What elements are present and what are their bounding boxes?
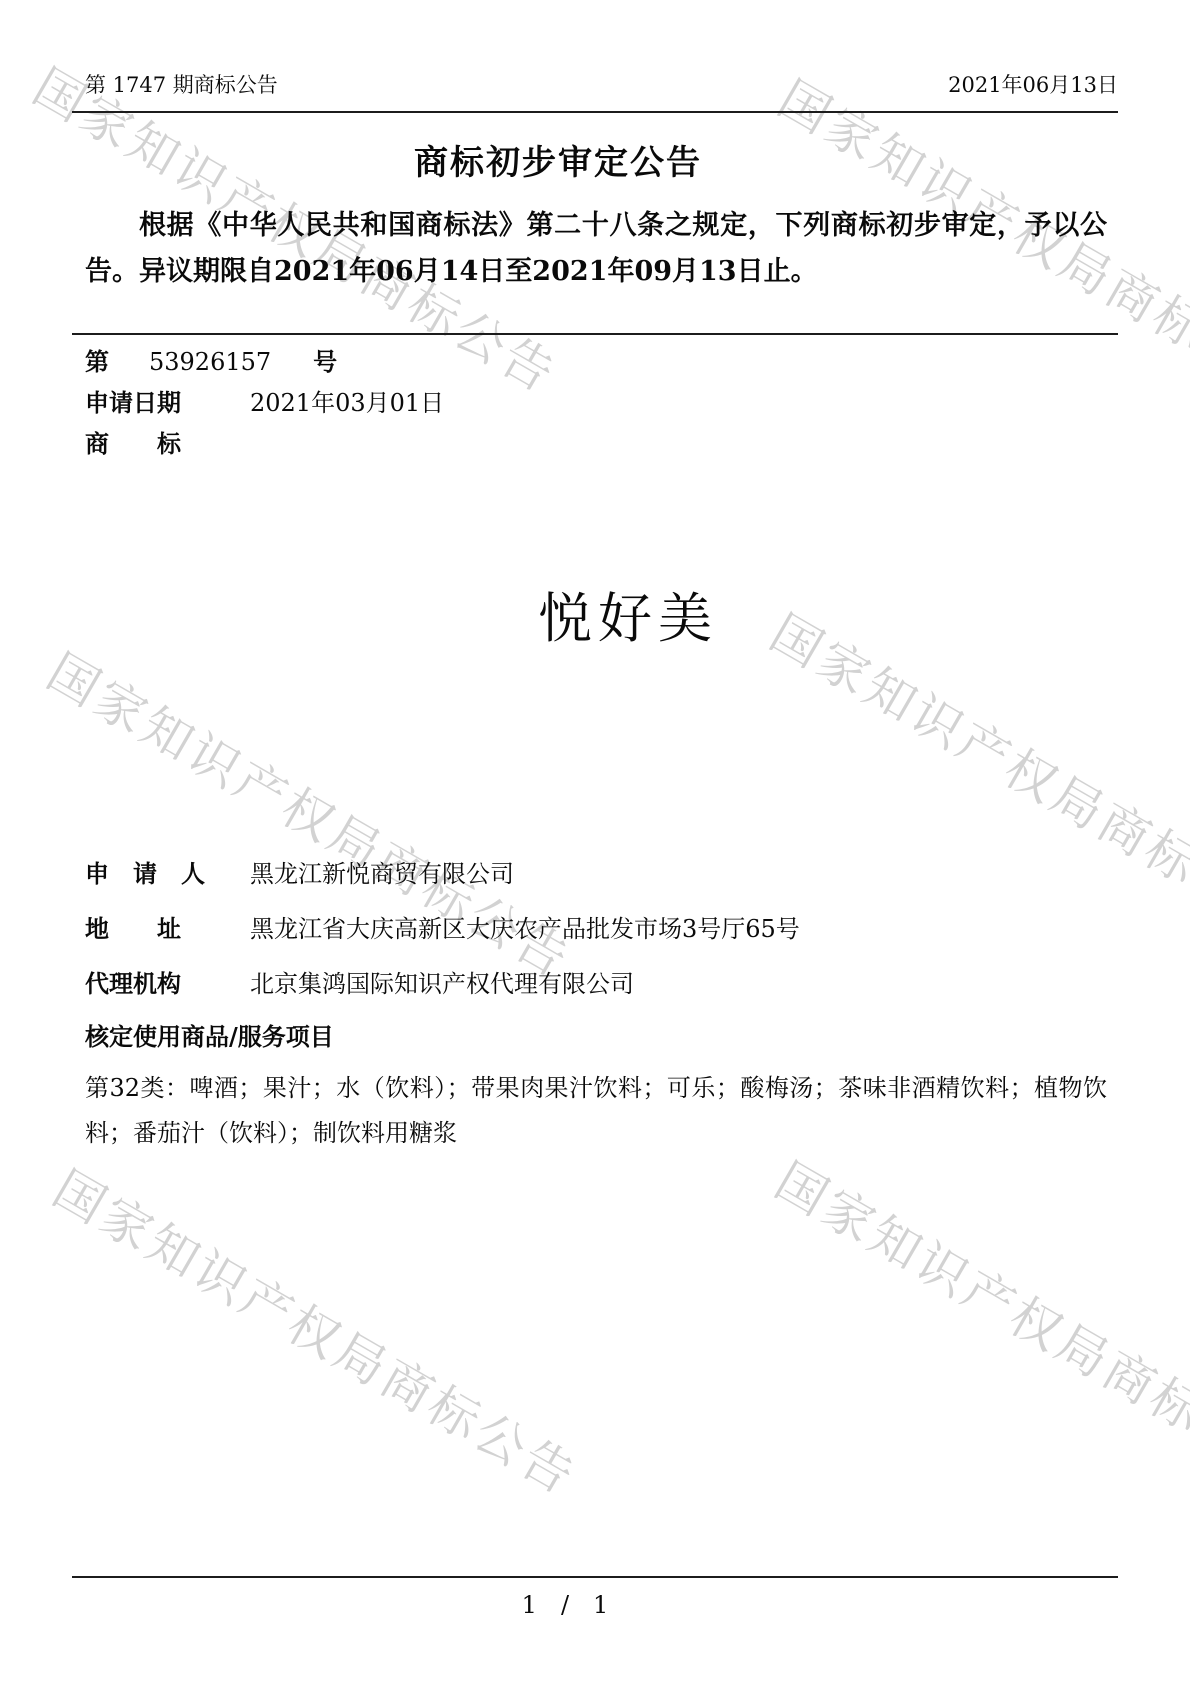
agency-label: 代理机构 <box>85 968 250 1000</box>
agency-name: 北京集鸿国际知识产权代理有限公司 <box>250 970 634 998</box>
document-content: 第 1747 期商标公告 2021年06月13日 商标初步审定公告 根据《中华人… <box>0 0 1190 1684</box>
trademark-image-text: 悦好美 <box>0 576 1190 653</box>
registration-number-prefix: 第 <box>85 347 109 376</box>
gazette-date-label: 2021年06月13日 <box>948 70 1118 100</box>
application-date-row: 申请日期2021年03月01日 <box>85 388 444 418</box>
application-date-value: 2021年03月01日 <box>250 389 444 417</box>
announcement-intro-paragraph: 根据《中华人民共和国商标法》第二十八条之规定，下列商标初步审定，予以公告。异议期… <box>85 203 1107 295</box>
goods-services-list: 第32类：啤酒；果汁；水（饮料）；带果肉果汁饮料；可乐；酸梅汤；茶味非酒精饮料；… <box>85 1066 1107 1156</box>
goods-services-heading: 核定使用商品/服务项目 <box>85 1021 334 1053</box>
registration-number-value: 53926157 <box>149 347 271 377</box>
application-date-label: 申请日期 <box>85 388 250 418</box>
address-label: 地 址 <box>85 913 250 945</box>
applicant-row: 申 请 人黑龙江新悦商贸有限公司 <box>85 858 514 890</box>
total-page-count: 1 <box>593 1591 608 1619</box>
agency-row: 代理机构北京集鸿国际知识产权代理有限公司 <box>85 968 634 1000</box>
applicant-name: 黑龙江新悦商贸有限公司 <box>250 860 514 888</box>
page-number-separator: / <box>561 1591 569 1619</box>
gazette-page: 国家知识产权局商标公告 国家知识产权局商标公告 国家知识产权局商标公告 国家知识… <box>0 0 1190 1684</box>
header-divider <box>72 111 1118 113</box>
trademark-field-row: 商 标 <box>85 429 181 459</box>
page-header: 第 1747 期商标公告 2021年06月13日 <box>85 70 1118 100</box>
section-divider <box>72 333 1118 335</box>
address-value: 黑龙江省大庆高新区大庆农产品批发市场3号厅65号 <box>250 915 800 943</box>
page-title: 商标初步审定公告 <box>0 135 1190 184</box>
trademark-field-label: 商 标 <box>85 429 181 458</box>
registration-number-row: 第53926157号 <box>85 347 337 377</box>
gazette-issue-label: 第 1747 期商标公告 <box>85 70 278 100</box>
applicant-label: 申 请 人 <box>85 858 250 890</box>
footer-divider <box>72 1576 1118 1578</box>
page-number-indicator: 1/1 <box>0 1591 1190 1619</box>
registration-number-suffix: 号 <box>313 347 337 376</box>
address-row: 地 址黑龙江省大庆高新区大庆农产品批发市场3号厅65号 <box>85 913 800 945</box>
current-page-number: 1 <box>522 1591 537 1619</box>
